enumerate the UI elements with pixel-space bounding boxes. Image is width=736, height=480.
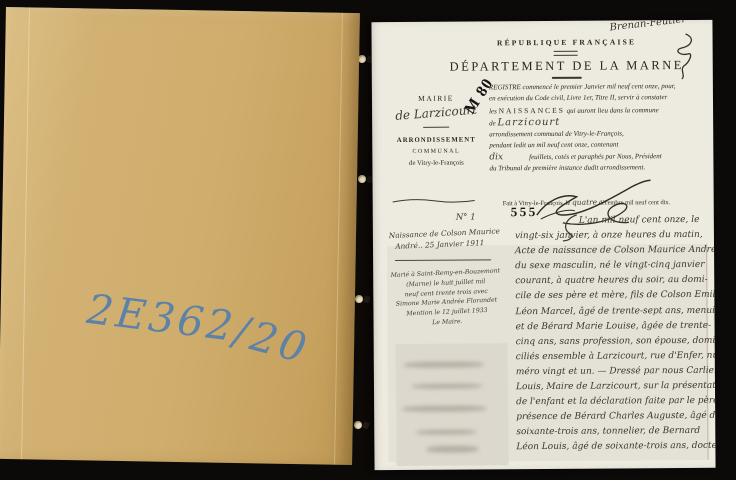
birth-act-line: Acte de naissance de Colson Maurice Andr…: [515, 243, 716, 260]
stitch-hole: [358, 55, 366, 63]
birth-act-line: ciliés ensemble à Larzicourt, rue d'Enfe…: [516, 349, 716, 366]
cover-crease: [21, 7, 30, 459]
stitch-knot: [362, 421, 370, 430]
birth-act-line: vingt-six janvier, à onze heures du mati…: [515, 228, 716, 245]
register-line: REGISTRE commencé le premier Janvier mil…: [489, 81, 704, 94]
margin-wavy-rule: [391, 196, 477, 205]
cover-page: 2E362/20: [0, 7, 360, 465]
republique-heading: RÉPUBLIQUE FRANÇAISE: [442, 37, 692, 48]
arrondissement-name: de Vitry-le-François: [390, 159, 482, 167]
birth-act-line: Léon Marcel, âgé de trente-sept ans, men…: [515, 303, 715, 320]
registry-title-page: Brenan-Feutier RÉPUBLIQUE FRANÇAISE DÉPA…: [371, 20, 715, 470]
register-paragraph: REGISTRE commencé le premier Janvier mil…: [489, 81, 705, 175]
stitch-thread: [355, 292, 373, 306]
margin-ornament: [423, 127, 449, 128]
ghost-offset-marks: [396, 343, 509, 466]
cover-crease: [334, 13, 343, 465]
stitch-hole: [358, 175, 366, 183]
stitch-hole: [355, 295, 363, 303]
archive-reference: 2E362/20: [84, 285, 312, 360]
arrondissement-label: ARRONDISSEMENT: [390, 136, 482, 144]
birth-act-text: L'an mil neuf cent onze, levingt-six jan…: [515, 213, 716, 456]
birth-act-line: cinq ans, sans profession, son épouse, d…: [516, 334, 716, 351]
birth-act-line: Louis, Maire de Larzicourt, sur la prése…: [516, 379, 716, 396]
stitch-thread: [354, 418, 372, 432]
birth-act-line: cile de ses père et mère, fils de Colson…: [515, 288, 715, 305]
communal-label: COMMUNAL: [390, 148, 482, 155]
birth-act-line: du sexe masculin, né le vingt-cinq janvi…: [515, 258, 715, 275]
header-rule: [552, 77, 582, 79]
birth-act-line: courant, à quatre heures du soir, au dom…: [515, 273, 715, 290]
birth-act-line: présence de Bérard Charles Auguste, âgé …: [516, 409, 715, 426]
register-scan: 2E362/20 Brenan-Feutier RÉPUBLIQUE FRANÇ…: [0, 0, 736, 480]
birth-act-line: de l'enfant et la déclaration faite par …: [516, 394, 716, 411]
birth-act-line: L'an mil neuf cent onze, le: [579, 213, 716, 229]
stitch-hole: [354, 421, 362, 429]
archive-reference-series: 2E362: [84, 285, 238, 351]
archive-reference-number: 20: [246, 312, 315, 373]
marriage-mention-note: Marié à Saint-Remy-en-Bouzemont(Marne) l…: [382, 266, 510, 330]
birth-act-line: méro vingt et un. — Dressé par nous Carl…: [516, 364, 716, 381]
register-line: du Tribunal de première instance dudit a…: [489, 162, 704, 175]
stitch-knot: [363, 295, 371, 304]
sheet-count-handwritten: dix: [489, 152, 503, 162]
departement-heading: DÉPARTEMENT DE LA MARNE: [442, 58, 692, 75]
birth-act-line: et de Bérard Marie Louise, âgée de trent…: [516, 318, 716, 335]
header-rule: [554, 51, 578, 56]
commune-handwritten: Larzicourt: [497, 117, 560, 128]
birth-act-line: Léon Louis, âgé de soixante-trois ans, d…: [516, 439, 715, 456]
act-number: N° 1: [456, 212, 476, 222]
birth-act-line: soixante-trois ans, tonnelier, de Bernar…: [516, 424, 715, 441]
